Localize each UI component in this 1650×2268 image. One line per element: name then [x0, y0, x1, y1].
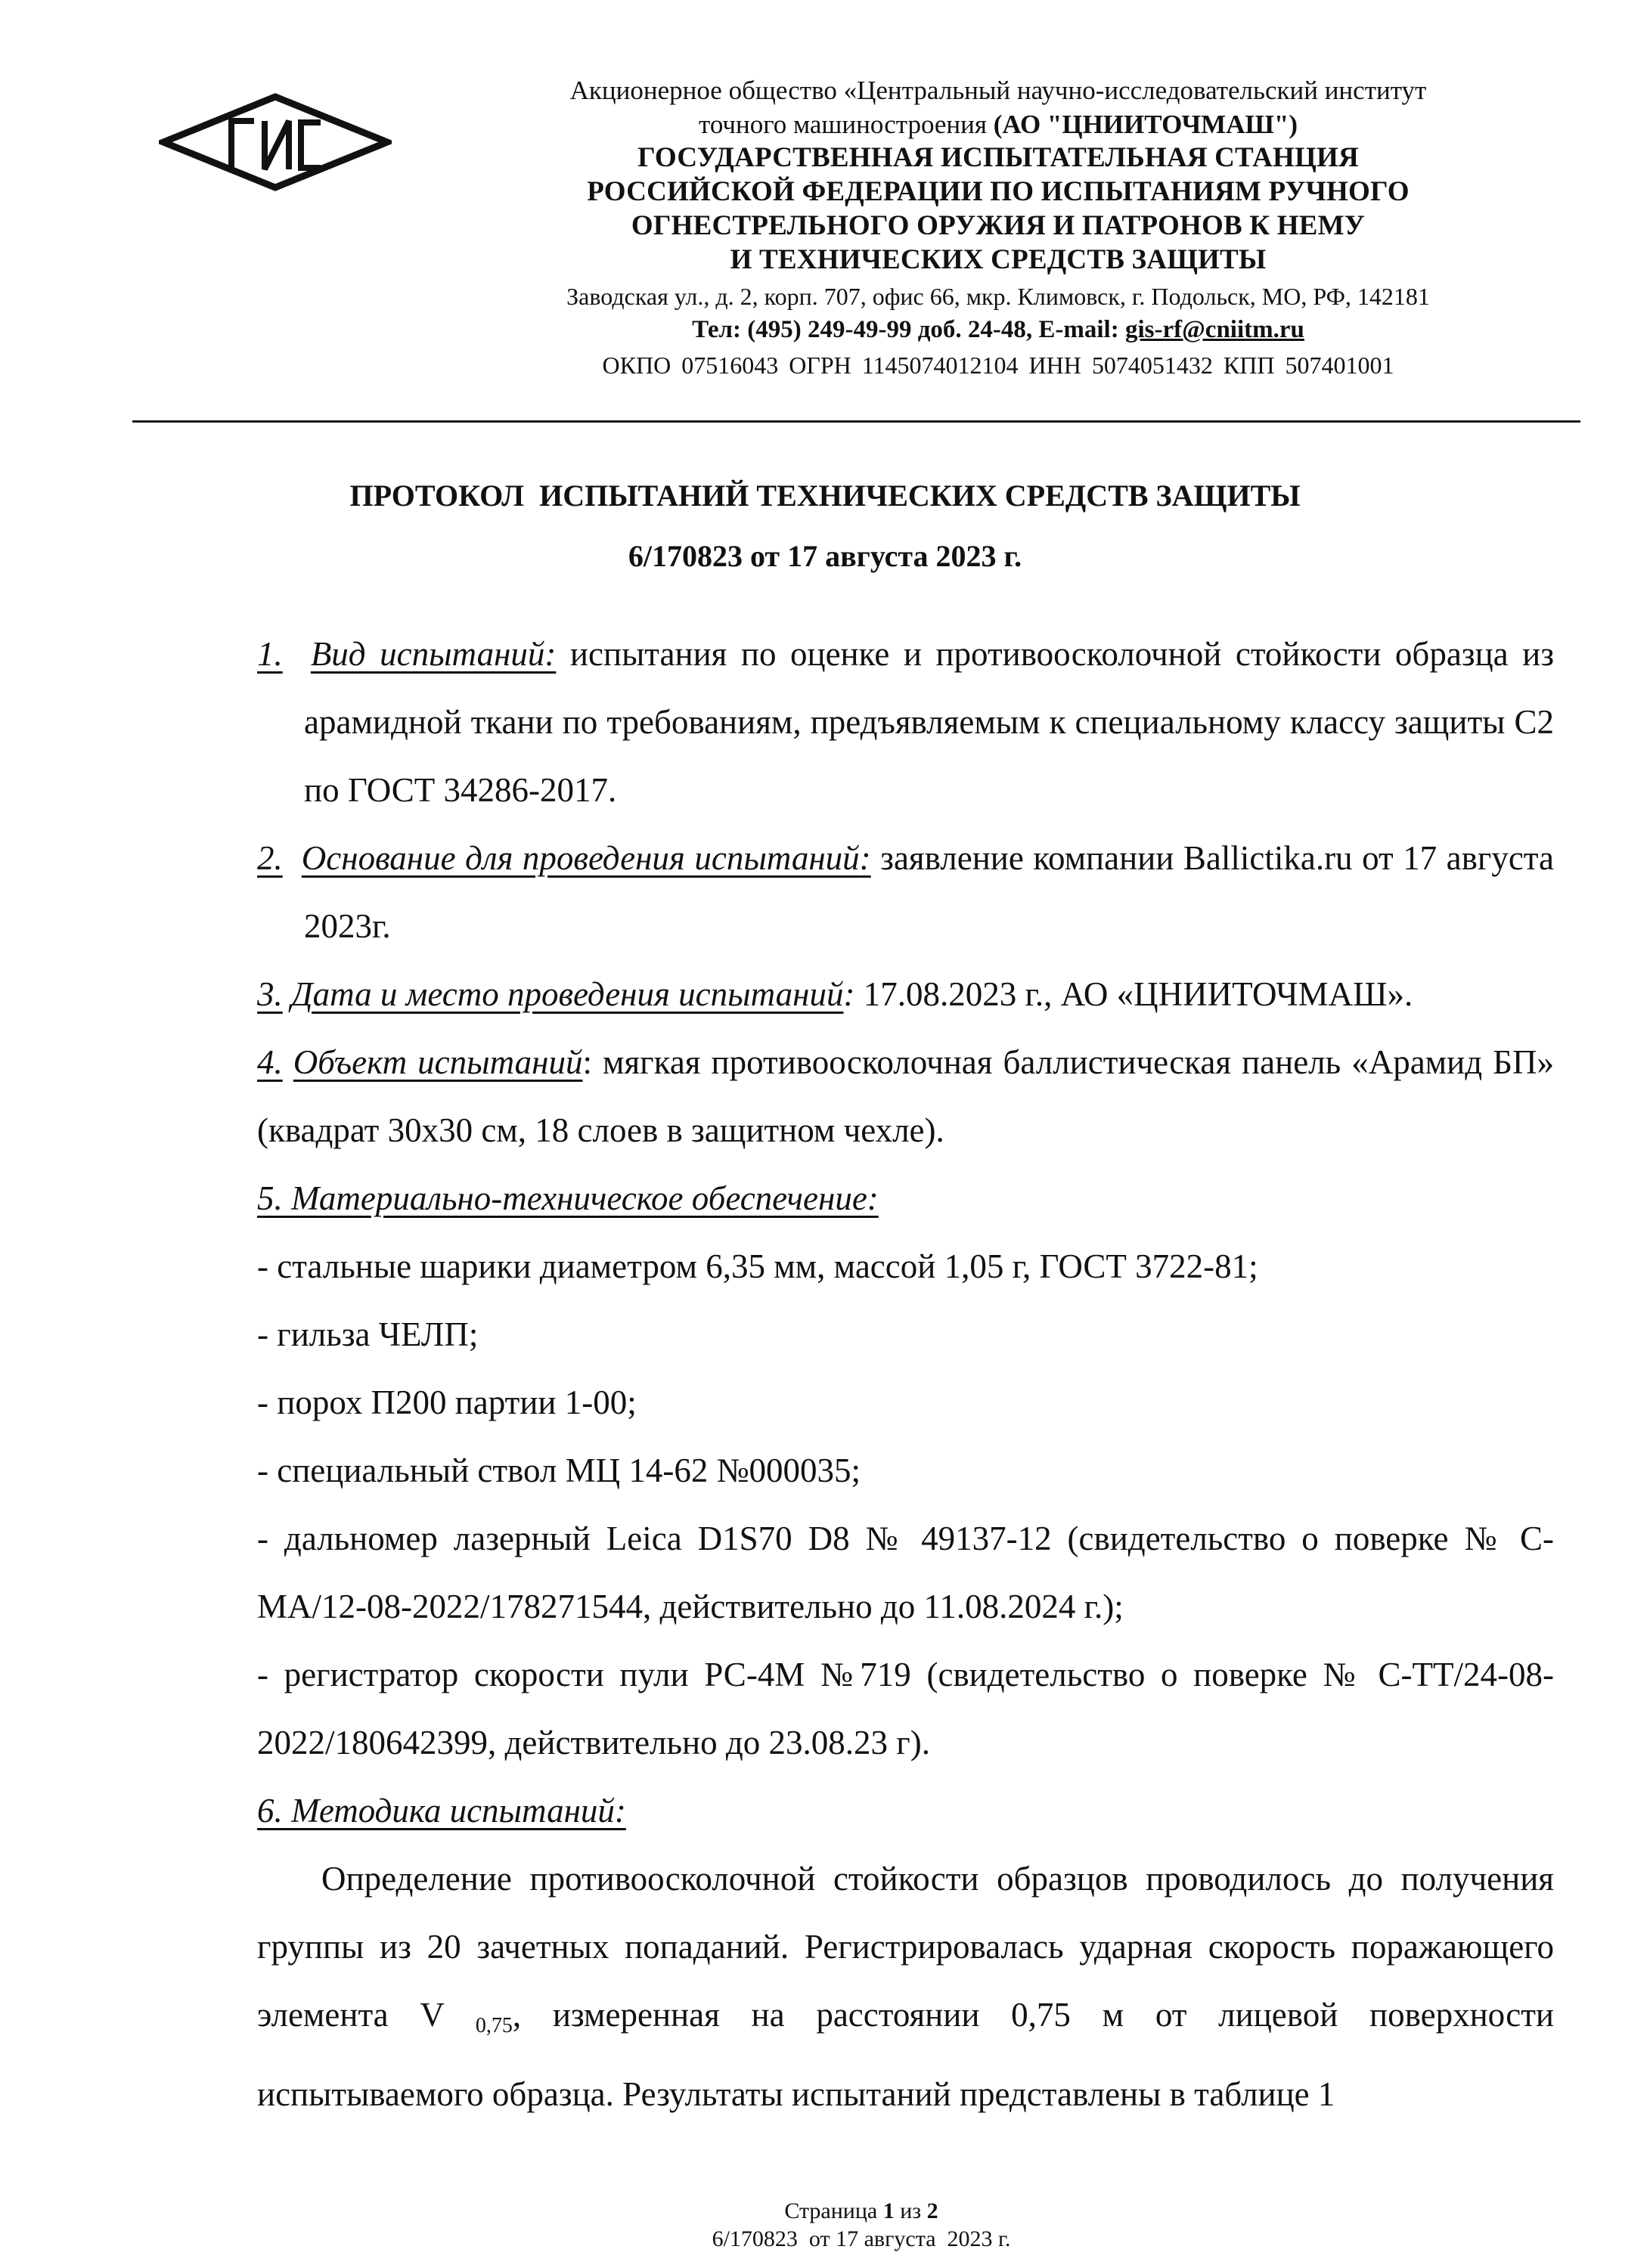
section-3-colon: : — [843, 975, 854, 1013]
address: Заводская ул., д. 2, корп. 707, офис 66,… — [446, 284, 1550, 308]
section-6-text: Определение противоосколочной стойкости … — [257, 1845, 1554, 2128]
section-6-heading: 6. Методика испытаний: — [257, 1777, 1554, 1845]
section-3: 3. Дата и место проведения испытаний: 17… — [257, 960, 1554, 1028]
station-line-1: ГОСУДАРСТВЕННАЯ ИСПЫТАТЕЛЬНАЯ СТАНЦИЯ — [446, 144, 1550, 172]
gis-logo-icon — [159, 92, 392, 192]
org-name-line-2: точного машиностроения (АО "ЦНИИТОЧМАШ") — [446, 111, 1550, 138]
equipment-item-3: - порох П200 партии 1-00; — [257, 1368, 1554, 1436]
section-1: 1. Вид испытаний: испытания по оценке и … — [257, 620, 1554, 824]
station-line-4: И ТЕХНИЧЕСКИХ СРЕДСТВ ЗАЩИТЫ — [446, 246, 1550, 274]
section-4-label: Объект испытаний — [293, 1043, 583, 1081]
page-counter: Страница 1 из 2 — [36, 2198, 1650, 2224]
section-2-colon: : — [860, 839, 871, 877]
header-divider — [132, 420, 1580, 423]
document-title: ПРОТОКОЛ ИСПЫТАНИЙ ТЕХНИЧЕСКИХ СРЕДСТВ З… — [0, 478, 1650, 513]
page-total: 2 — [927, 2198, 938, 2223]
equipment-item-2: - гильза ЧЕЛП; — [257, 1300, 1554, 1368]
document-page: Акционерное общество «Центральный научно… — [0, 0, 1650, 2268]
section-5-heading: 5. Материально-техническое обеспечение: — [257, 1164, 1554, 1232]
section-1-number: 1. — [257, 635, 283, 673]
contacts: Тел: (495) 249-49-99 доб. 24-48, E-mail:… — [446, 318, 1550, 342]
page-current: 1 — [883, 2198, 895, 2223]
equipment-item-4: - специальный ствол МЦ 14-62 №000035; — [257, 1436, 1554, 1504]
section-1-label: Вид испытаний: — [311, 635, 557, 673]
station-line-2: РОССИЙСКОЙ ФЕДЕРАЦИИ ПО ИСПЫТАНИЯМ РУЧНО… — [446, 178, 1550, 206]
velocity-subscript: 0,75 — [476, 2014, 513, 2037]
section-3-label: Дата и место проведения испытаний — [291, 975, 843, 1013]
section-4-colon: : — [582, 1043, 592, 1081]
section-4: 4. Объект испытаний: мягкая противооскол… — [257, 1028, 1554, 1164]
section-3-text: 17.08.2023 г., АО «ЦНИИТОЧМАШ». — [854, 975, 1413, 1013]
email-link[interactable]: gis-rf@cniitm.ru — [1125, 316, 1304, 343]
equipment-item-5: - дальномер лазерный Leica D1S70 D8 № 49… — [257, 1504, 1554, 1641]
equipment-item-6: - регистратор скорости пули РС-4М №719 (… — [257, 1641, 1554, 1777]
section-5-label: 5. Материально-техническое обеспечение: — [257, 1179, 879, 1217]
document-body: 1. Вид испытаний: испытания по оценке и … — [257, 620, 1554, 2128]
section-2-label: Основание для проведения испытаний — [302, 839, 860, 877]
section-6-label: 6. Методика испытаний: — [257, 1792, 626, 1830]
section-4-number: 4. — [257, 1043, 283, 1081]
phone: Тел: (495) 249-49-99 доб. 24-48, E-mail: — [692, 316, 1125, 343]
org-name-line-1: Акционерное общество «Центральный научно… — [446, 77, 1550, 104]
page-label: Страница — [784, 2198, 882, 2223]
page-of: из — [895, 2198, 927, 2223]
equipment-item-1: - стальные шарики диаметром 6,35 мм, мас… — [257, 1232, 1554, 1300]
registration-ids: ОКПО 07516043 ОГРН 1145074012104 ИНН 507… — [446, 353, 1550, 377]
org-short-name: (АО "ЦНИИТОЧМАШ") — [994, 110, 1298, 139]
document-number-date: 6/170823 от 17 августа 2023 г. — [0, 538, 1650, 574]
section-2-number: 2. — [257, 839, 283, 877]
station-line-3: ОГНЕСТРЕЛЬНОГО ОРУЖИЯ И ПАТРОНОВ К НЕМУ — [446, 212, 1550, 240]
footer-doc-ref: 6/170823 от 17 августа 2023 г. — [36, 2226, 1650, 2252]
org-name-line-2-text: точного машиностроения — [699, 110, 994, 139]
section-2: 2. Основание для проведения испытаний: з… — [257, 824, 1554, 960]
section-3-number: 3. — [257, 975, 283, 1013]
organization-header: Акционерное общество «Центральный научно… — [446, 77, 1550, 377]
